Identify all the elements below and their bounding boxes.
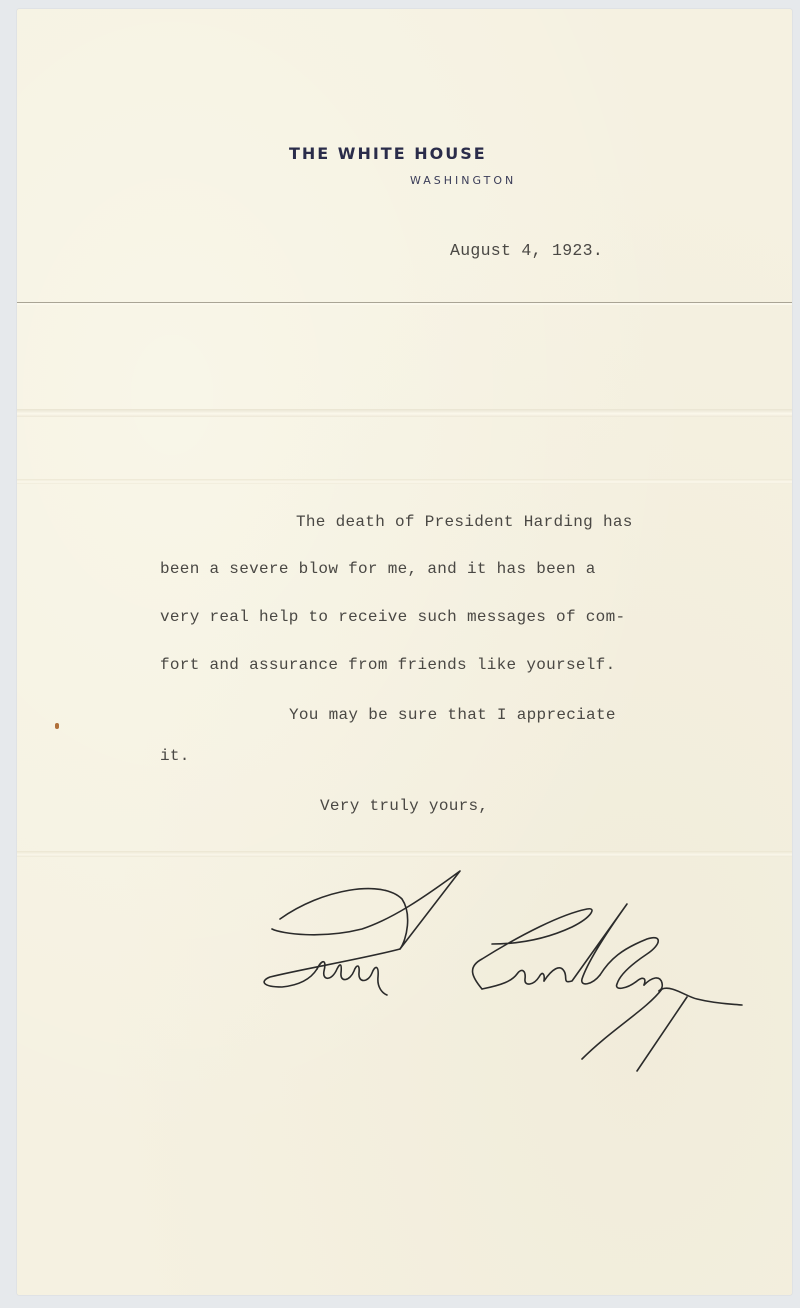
letterhead-title: THE WHITE HOUSE: [289, 144, 487, 163]
body-line: been a severe blow for me, and it has be…: [160, 560, 596, 578]
letter-date: August 4, 1923.: [450, 241, 603, 260]
body-line: The death of President Harding has: [296, 513, 633, 531]
closing-salutation: Very truly yours,: [320, 797, 488, 815]
letterhead-subtitle: WASHINGTON: [410, 174, 516, 187]
paper-stain: [55, 723, 59, 729]
fold-line: [17, 851, 792, 857]
fold-line: [17, 479, 792, 484]
body-line: You may be sure that I appreciate: [289, 706, 616, 724]
fold-highlight: [17, 303, 792, 305]
signature-icon: [242, 859, 762, 1079]
body-line: fort and assurance from friends like you…: [160, 656, 615, 674]
body-line: it.: [160, 747, 190, 765]
fold-line: [17, 409, 792, 417]
letter-sheet: THE WHITE HOUSE WASHINGTON August 4, 192…: [17, 9, 792, 1295]
body-line: very real help to receive such messages …: [160, 608, 625, 626]
